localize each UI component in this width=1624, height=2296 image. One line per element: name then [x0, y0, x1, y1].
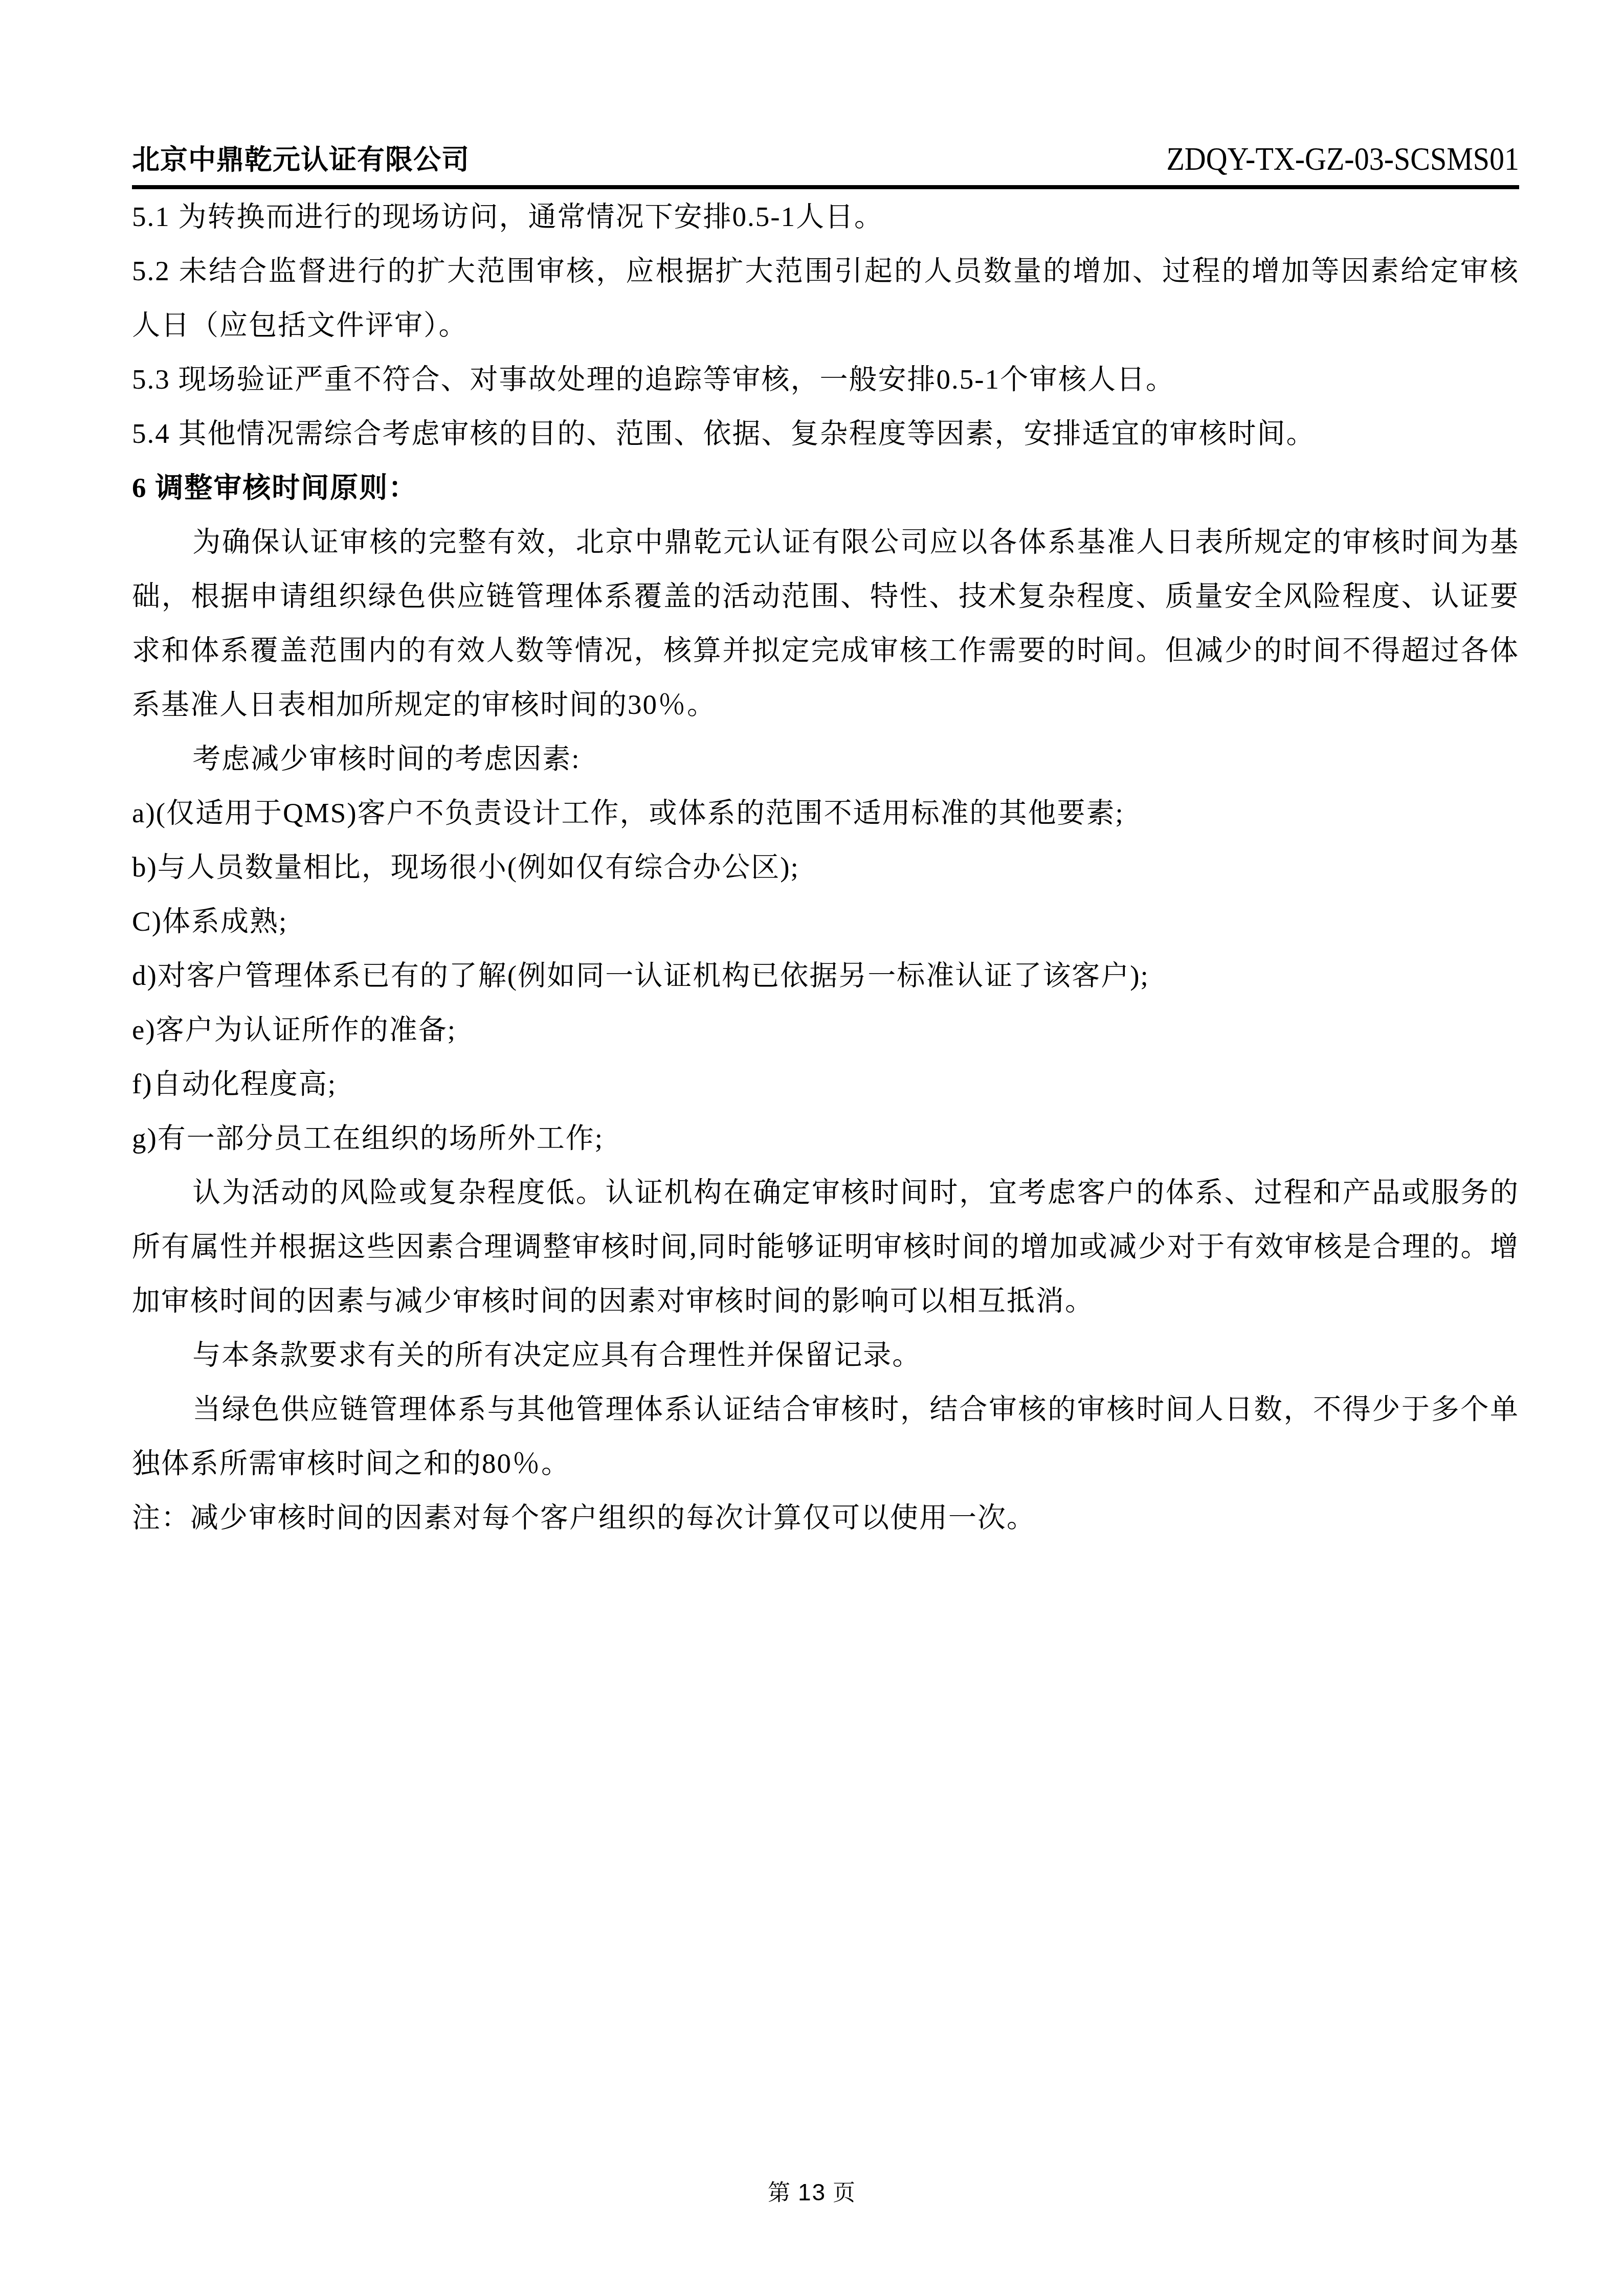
document-body: 5.1 为转换而进行的现场访问，通常情况下安排0.5-1人日。 5.2 未结合监…: [132, 190, 1519, 1545]
reduction-factors-intro: 考虑减少审核时间的考虑因素:: [132, 732, 1519, 786]
clause-5-2: 5.2 未结合监督进行的扩大范围审核，应根据扩大范围引起的人员数量的增加、过程的…: [132, 244, 1519, 352]
page-number-suffix: 页: [833, 2180, 856, 2205]
section-6-heading: 6 调整审核时间原则：: [132, 461, 1519, 515]
note-paragraph: 注：减少审核时间的因素对每个客户组织的每次计算仅可以使用一次。: [132, 1491, 1519, 1545]
factor-item-e: e)客户为认证所作的准备;: [132, 1003, 1519, 1057]
clause-5-4: 5.4 其他情况需综合考虑审核的目的、范围、依据、复杂程度等因素，安排适宜的审核…: [132, 407, 1519, 461]
factor-item-d: d)对客户管理体系已有的了解(例如同一认证机构已依据另一标准认证了该客户);: [132, 949, 1519, 1003]
page-footer: 第 13 页: [0, 2174, 1624, 2207]
factor-item-f: f)自动化程度高;: [132, 1057, 1519, 1111]
clause-5-3: 5.3 现场验证严重不符合、对事故处理的追踪等审核，一般安排0.5-1个审核人日…: [132, 352, 1519, 407]
combined-audit-paragraph: 当绿色供应链管理体系与其他管理体系认证结合审核时，结合审核的审核时间人日数，不得…: [132, 1382, 1519, 1491]
section-6-paragraph-1: 为确保认证审核的完整有效，北京中鼎乾元认证有限公司应以各体系基准人日表所规定的审…: [132, 515, 1519, 732]
factor-item-a: a)(仅适用于QMS)客户不负责设计工作，或体系的范围不适用标准的其他要素;: [132, 786, 1519, 840]
factor-item-b: b)与人员数量相比，现场很小(例如仅有综合办公区);: [132, 840, 1519, 894]
page-number-prefix: 第: [768, 2180, 791, 2205]
factor-item-c: C)体系成熟;: [132, 894, 1519, 949]
risk-adjustment-paragraph: 认为活动的风险或复杂程度低。认证机构在确定审核时间时，宜考虑客户的体系、过程和产…: [132, 1165, 1519, 1328]
page-header: 北京中鼎乾元认证有限公司 ZDQY-TX-GZ-03-SCSMS01: [132, 138, 1519, 177]
company-name: 北京中鼎乾元认证有限公司: [132, 138, 470, 177]
document-code: ZDQY-TX-GZ-03-SCSMS01: [1166, 141, 1519, 177]
document-page: 北京中鼎乾元认证有限公司 ZDQY-TX-GZ-03-SCSMS01 5.1 为…: [0, 0, 1624, 2296]
factor-item-g: g)有一部分员工在组织的场所外工作;: [132, 1111, 1519, 1165]
clause-5-1: 5.1 为转换而进行的现场访问，通常情况下安排0.5-1人日。: [132, 190, 1519, 244]
header-divider: [132, 185, 1519, 189]
record-keeping-paragraph: 与本条款要求有关的所有决定应具有合理性并保留记录。: [132, 1328, 1519, 1382]
page-number: 13: [798, 2179, 826, 2205]
